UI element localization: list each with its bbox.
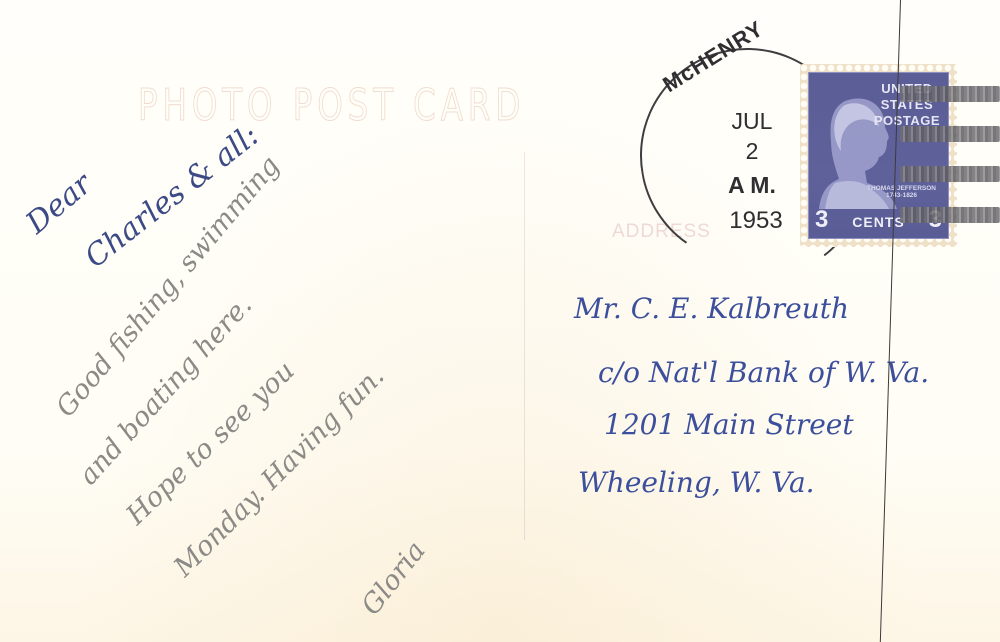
message-salutation-dear: Dear bbox=[20, 167, 99, 241]
message-line: Hope to see you bbox=[120, 355, 300, 531]
photo-post-card-heading: PHOTO POST CARD bbox=[138, 80, 525, 131]
postmark-month: JUL bbox=[712, 108, 792, 135]
cancellation-bar-icon bbox=[900, 126, 1000, 142]
cancellation-bar-icon bbox=[900, 207, 1000, 223]
postmark-time: A M. bbox=[712, 172, 792, 199]
cancellation-bar-icon bbox=[900, 166, 1000, 182]
recipient-name: Mr. C. E. Kalbreuth bbox=[574, 292, 849, 325]
stamp-value-left: 3 bbox=[815, 206, 828, 234]
stamp-portrait-name: THOMAS JEFFERSON bbox=[867, 185, 936, 192]
message-signature: Gloria bbox=[356, 536, 432, 621]
center-divider-line bbox=[524, 152, 525, 540]
postcard-back: PHOTO POST CARD ADDRESS McHENRY JUL 2 A … bbox=[0, 0, 1000, 642]
postmark-day: 2 bbox=[712, 138, 792, 165]
postmark-year: 1953 bbox=[716, 207, 796, 235]
stamp-value-label: CENTS bbox=[852, 214, 904, 230]
recipient-care-of: c/o Nat'l Bank of W. Va. bbox=[598, 356, 929, 389]
recipient-street: 1201 Main Street bbox=[604, 408, 854, 441]
recipient-city-state: Wheeling, W. Va. bbox=[578, 466, 815, 499]
stamp-portrait-caption: THOMAS JEFFERSON 1743-1826 bbox=[867, 185, 936, 199]
cancellation-bar-icon bbox=[900, 86, 1000, 102]
stamp-portrait-dates: 1743-1826 bbox=[867, 192, 936, 199]
